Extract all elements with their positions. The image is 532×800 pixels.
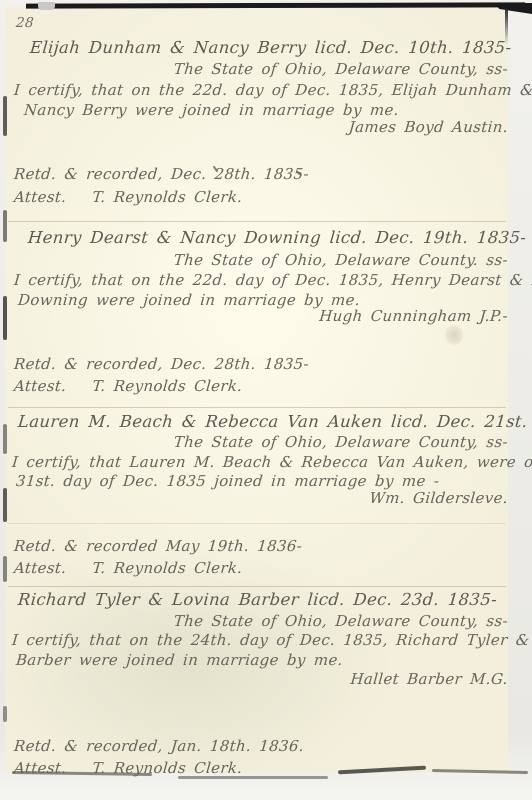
entry-1-attest-line: Attest.T. Reynolds Clerk. xyxy=(13,188,243,206)
torn-bottom-edge xyxy=(432,769,528,774)
entry-1-state-line: The State of Ohio, Delaware County, ss- xyxy=(0,60,519,78)
entry-3-signature: Wm. Gildersleve. xyxy=(0,489,532,507)
clerk-name: T. Reynolds Clerk. xyxy=(92,759,244,777)
page-number: 28 xyxy=(15,15,34,31)
entry-2-heading: Henry Dearst & Nancy Downing licd. Dec. … xyxy=(27,228,527,248)
entry-3-certify-line-1: I certify, that Lauren M. Beach & Rebecc… xyxy=(11,453,532,471)
entry-1-returned-note: Retd. & recorded, Dec. 28th. 1835- xyxy=(13,165,310,183)
entry-2-certify-line-1: I certify, that on the 22d. day of Dec. … xyxy=(13,271,532,289)
entry-1-certify-line-2: Nancy Berry were joined in marriage by m… xyxy=(23,101,399,119)
binding-edge-mark xyxy=(3,210,7,242)
clerk-name: T. Reynolds Clerk. xyxy=(92,188,244,206)
entry-1-heading: Elijah Dunham & Nancy Berry licd. Dec. 1… xyxy=(29,38,512,58)
entry-3-state-line: The State of Ohio, Delaware County, ss- xyxy=(0,433,521,451)
clerk-name: T. Reynolds Clerk. xyxy=(92,559,244,577)
entry-1-signature: James Boyd Austin. xyxy=(0,118,532,136)
attest-label: Attest. xyxy=(13,559,67,577)
binding-edge-mark xyxy=(3,706,7,722)
entry-4-signature: Hallet Barber M.G. xyxy=(0,670,532,688)
attest-label: Attest. xyxy=(13,759,67,777)
entry-3-heading: Lauren M. Beach & Rebecca Van Auken licd… xyxy=(17,412,532,432)
page-top-notch xyxy=(38,2,55,10)
attest-label: Attest. xyxy=(13,188,67,206)
entry-2-signature: Hugh Cunningham J.P.- xyxy=(0,307,532,325)
entry-4-state-line: The State of Ohio, Delaware County, ss- xyxy=(0,612,517,630)
scanned-ledger-photo: { "page": { "number": "28" }, "colors": … xyxy=(0,0,532,800)
entry-divider-rule xyxy=(8,586,506,587)
entry-1-certify-line-1: I certify, that on the 22d. day of Dec. … xyxy=(13,81,532,99)
entry-divider-rule xyxy=(8,407,506,408)
entry-3-certify-line-2: 31st. day of Dec. 1835 joined in marriag… xyxy=(15,472,440,490)
entry-divider-rule xyxy=(8,221,506,222)
binding-edge-mark xyxy=(3,556,7,582)
entry-2-returned-note: Retd. & recorded, Dec. 28th. 1835- xyxy=(13,355,310,373)
entry-4-attest-line: Attest.T. Reynolds Clerk. xyxy=(13,759,243,777)
attest-label: Attest. xyxy=(13,377,67,395)
entry-2-attest-line: Attest.T. Reynolds Clerk. xyxy=(13,377,243,395)
entry-4-returned-note: Retd. & recorded, Jan. 18th. 1836. xyxy=(13,737,305,755)
entry-4-certify-line-1: I certify, that on the 24th. day of Dec.… xyxy=(11,631,532,649)
entry-3-attest-line: Attest.T. Reynolds Clerk. xyxy=(13,559,243,577)
entry-3-returned-note: Retd. & recorded May 19th. 1836- xyxy=(13,537,303,555)
entry-4-heading: Richard Tyler & Lovina Barber licd. Dec.… xyxy=(17,590,498,610)
entry-2-state-line: The State of Ohio, Delaware County. ss- xyxy=(0,251,515,269)
entry-4-certify-line-2: Barber were joined in marriage by me. xyxy=(15,651,343,669)
entry-divider-rule xyxy=(8,523,506,524)
ink-smudge xyxy=(445,325,463,345)
clerk-name: T. Reynolds Clerk. xyxy=(92,377,244,395)
